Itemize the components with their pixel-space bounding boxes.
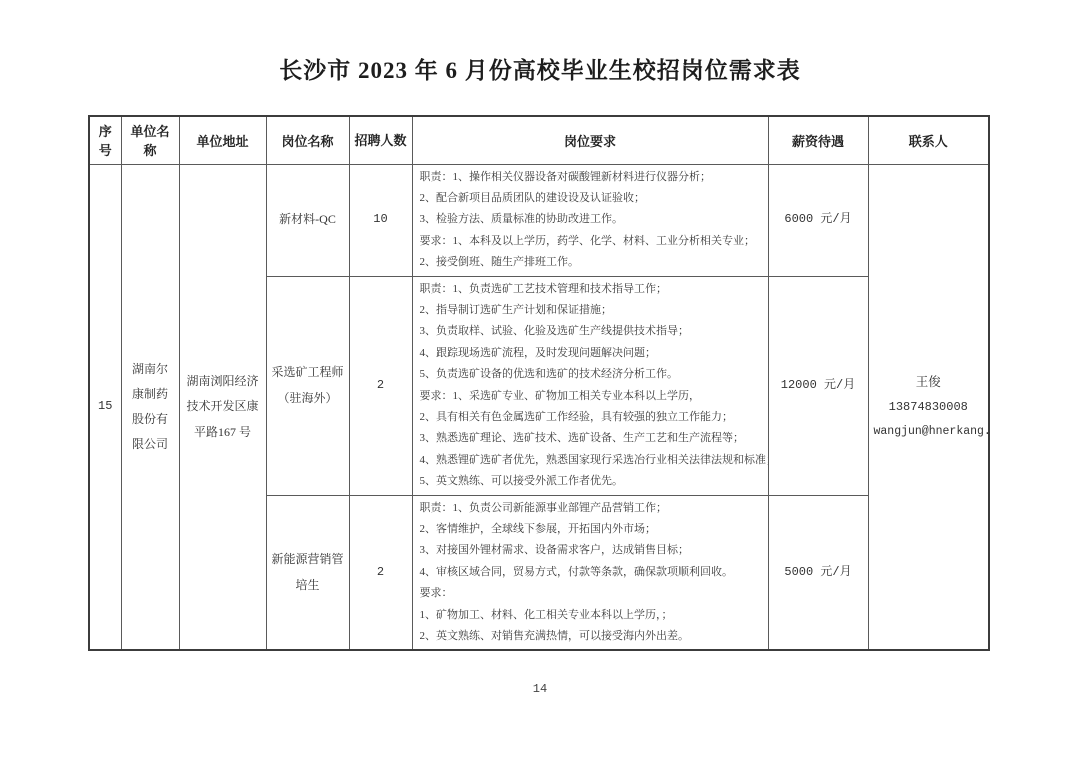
requirement-line: 要求： [420,583,764,604]
header-position: 岗位名称 [266,116,349,164]
header-contact: 联系人 [868,116,989,164]
contact-phone: 13874830008 [874,400,984,414]
requirement-line: 5、英文熟练、可以接受外派工作者优先。 [420,471,764,492]
salary-cell: 12000 元/月 [768,276,868,495]
table-header-row: 序号 单位名称 单位地址 岗位名称 招聘人数 岗位要求 薪资待遇 联系人 [89,116,989,164]
requirement-line: 3、熟悉选矿理论、选矿技术、选矿设备、生产工艺和生产流程等； [420,428,764,449]
requirement-line: 2、英文熟练、对销售充满热情，可以接受海内外出差。 [420,626,764,647]
requirement-line: 3、负责取样、试验、化验及选矿生产线提供技术指导； [420,321,764,342]
requirements-cell: 职责：1、负责选矿工艺技术管理和技术指导工作；2、指导制订选矿生产计划和保证措施… [412,276,768,495]
table-row: 15 湖南尔康制药股份有限公司 湖南浏阳经济技术开发区康平路167 号 新材料-… [89,164,989,276]
requirement-line: 5、负责选矿设备的优选和选矿的技术经济分析工作。 [420,364,764,385]
contact-email: wangjun@hnerkang.com [874,425,984,439]
salary-cell: 5000 元/月 [768,495,868,650]
requirement-line: 3、对接国外锂材需求、设备需求客户，达成销售目标； [420,540,764,561]
requirement-line: 职责：1、负责选矿工艺技术管理和技术指导工作； [420,279,764,300]
jobs-table: 序号 单位名称 单位地址 岗位名称 招聘人数 岗位要求 薪资待遇 联系人 15 … [88,115,990,651]
header-salary: 薪资待遇 [768,116,868,164]
requirement-line: 2、配合新项目品质团队的建设设及认证验收； [420,188,764,209]
position-name-cell: 新材料-QC [266,164,349,276]
header-recruit-count: 招聘人数 [349,116,412,164]
requirement-line: 要求：1、采选矿专业、矿物加工相关专业本科以上学历， [420,386,764,407]
requirements-cell: 职责：1、操作相关仪器设备对碳酸锂新材料进行仪器分析；2、配合新项目品质团队的建… [412,164,768,276]
requirement-line: 1、矿物加工、材料、化工相关专业本科以上学历，； [420,605,764,626]
requirement-line: 4、跟踪现场选矿流程，及时发现问题解决问题； [420,343,764,364]
recruit-count-cell: 2 [349,495,412,650]
company-name-cell: 湖南尔康制药股份有限公司 [121,164,179,650]
document-page: 长沙市 2023 年 6 月份高校毕业生校招岗位需求表 序号 单位名称 单位地址… [0,0,1080,763]
seq-cell: 15 [89,164,121,650]
header-company: 单位名称 [121,116,179,164]
requirement-line: 2、客情维护，全球线下参展，开拓国内外市场； [420,519,764,540]
requirement-line: 职责：1、操作相关仪器设备对碳酸锂新材料进行仪器分析； [420,167,764,188]
requirements-cell: 职责：1、负责公司新能源事业部锂产品营销工作；2、客情维护，全球线下参展，开拓国… [412,495,768,650]
recruit-count-cell: 2 [349,276,412,495]
position-name-cell: 新能源营销管培生 [266,495,349,650]
requirement-line: 2、接受倒班、随生产排班工作。 [420,252,764,273]
requirement-line: 3、检验方法、质量标准的协助改进工作。 [420,209,764,230]
requirement-line: 2、指导制订选矿生产计划和保证措施； [420,300,764,321]
page-number: 14 [0,682,1080,696]
contact-cell: 王俊 13874830008 wangjun@hnerkang.com [868,164,989,650]
header-address: 单位地址 [179,116,266,164]
requirement-line: 4、熟悉锂矿选矿者优先，熟悉国家现行采选冶行业相关法律法规和标准； [420,450,764,471]
salary-cell: 6000 元/月 [768,164,868,276]
recruit-count-cell: 10 [349,164,412,276]
header-seq: 序号 [89,116,121,164]
requirement-line: 职责：1、负责公司新能源事业部锂产品营销工作； [420,498,764,519]
requirement-line: 2、具有相关有色金属选矿工作经验，具有较强的独立工作能力； [420,407,764,428]
requirement-line: 4、审核区域合同，贸易方式，付款等条款，确保款项顺利回收。 [420,562,764,583]
position-name-cell: 采选矿工程师（驻海外） [266,276,349,495]
contact-name: 王俊 [874,375,984,390]
header-requirements: 岗位要求 [412,116,768,164]
page-title: 长沙市 2023 年 6 月份高校毕业生校招岗位需求表 [0,52,1080,85]
company-address-cell: 湖南浏阳经济技术开发区康平路167 号 [179,164,266,650]
requirement-line: 要求：1、本科及以上学历，药学、化学、材料、工业分析相关专业； [420,231,764,252]
